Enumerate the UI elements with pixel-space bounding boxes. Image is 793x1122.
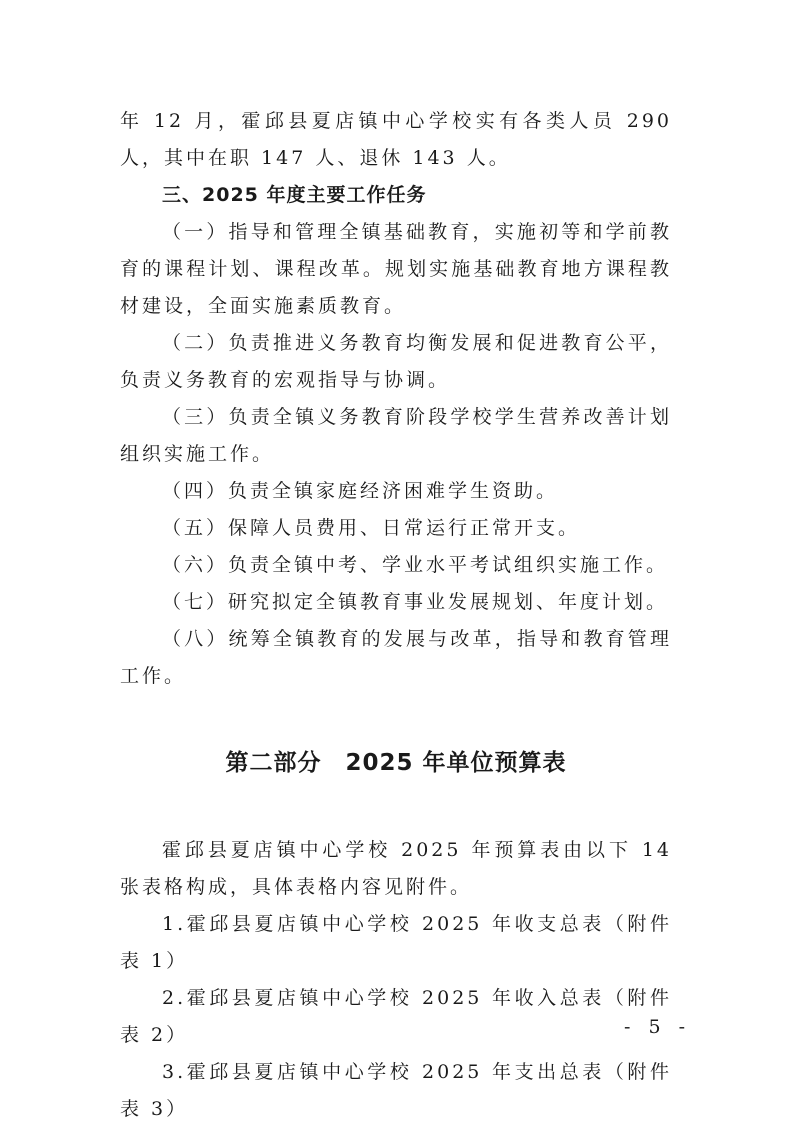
table-list-item-1: 1.霍邱县夏店镇中心学校 2025 年收支总表（附件表 1） [120,906,672,980]
page-content: 年 12 月，霍邱县夏店镇中心学校实有各类人员 290 人，其中在职 147 人… [120,103,672,1122]
page-number: - 5 - [624,1016,691,1038]
document-page: 年 12 月，霍邱县夏店镇中心学校实有各类人员 290 人，其中在职 147 人… [0,0,793,1122]
intro-paragraph: 年 12 月，霍邱县夏店镇中心学校实有各类人员 290 人，其中在职 147 人… [120,103,672,177]
part-title: 第二部分 2025 年单位预算表 [120,745,672,782]
task-item-1: （一）指导和管理全镇基础教育，实施初等和学前教育的课程计划、课程改革。规划实施基… [120,214,672,325]
task-item-2: （二）负责推进义务教育均衡发展和促进教育公平，负责义务教育的宏观指导与协调。 [120,325,672,399]
task-item-8: （八）统筹全镇教育的发展与改革，指导和教育管理工作。 [120,621,672,695]
task-item-6: （六）负责全镇中考、学业水平考试组织实施工作。 [120,547,672,584]
task-item-3: （三）负责全镇义务教育阶段学校学生营养改善计划组织实施工作。 [120,399,672,473]
task-item-5: （五）保障人员费用、日常运行正常开支。 [120,510,672,547]
table-list-item-2: 2.霍邱县夏店镇中心学校 2025 年收入总表（附件表 2） [120,980,672,1054]
task-item-7: （七）研究拟定全镇教育事业发展规划、年度计划。 [120,584,672,621]
section-heading: 三、2025 年度主要工作任务 [120,177,672,214]
table-list-item-3: 3.霍邱县夏店镇中心学校 2025 年支出总表（附件表 3） [120,1054,672,1122]
task-item-4: （四）负责全镇家庭经济困难学生资助。 [120,473,672,510]
part-intro: 霍邱县夏店镇中心学校 2025 年预算表由以下 14 张表格构成，具体表格内容见… [120,832,672,906]
